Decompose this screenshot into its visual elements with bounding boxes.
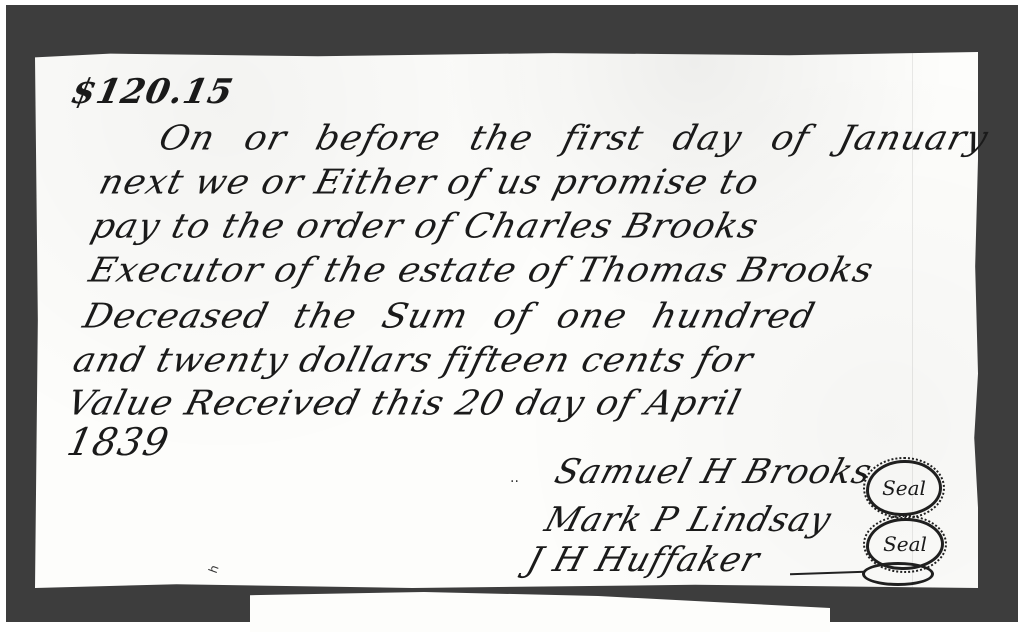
note-line-5: Deceased the Sum of one hundred xyxy=(79,297,819,336)
note-line-1: On or before the first day of January xyxy=(155,119,992,158)
seal-base-icon xyxy=(862,562,934,586)
note-line-2: next we or Either of us promise to xyxy=(95,163,763,202)
signature-2: Mark P Lindsay xyxy=(540,500,836,540)
note-line-7: Value Received this 20 day of April xyxy=(63,384,745,423)
note-line-3: pay to the order of Charles Brooks xyxy=(87,207,763,246)
signature-1: Samuel H Brooks xyxy=(550,452,877,492)
note-line-4: Executor of the estate of Thomas Brooks xyxy=(85,251,878,290)
note-amount: $120.15 xyxy=(68,72,237,112)
note-line-6: and twenty dollars fifteen cents for xyxy=(69,341,757,380)
note-year: 1839 xyxy=(63,420,173,464)
signature-3: J H Huffaker xyxy=(522,540,764,580)
seal-icon: Seal xyxy=(866,460,942,516)
seal-label: Seal xyxy=(883,532,927,556)
seal-label: Seal xyxy=(882,476,926,500)
signature-dots: .. xyxy=(510,470,519,486)
